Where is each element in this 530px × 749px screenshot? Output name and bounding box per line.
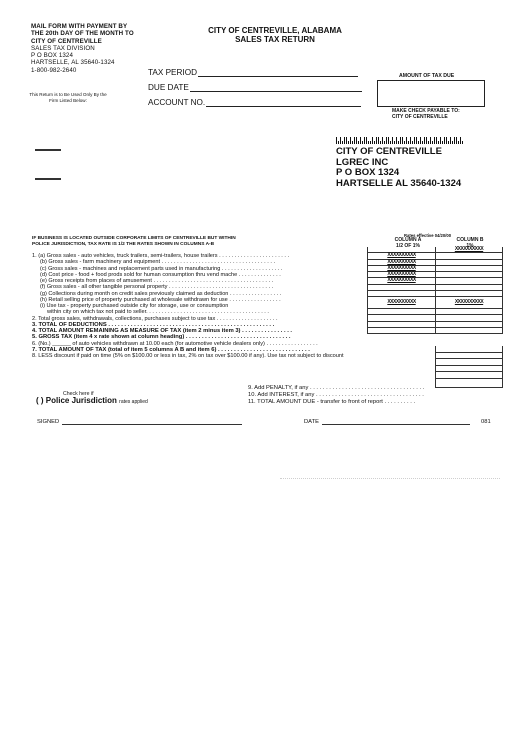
column-a-cell: XXXXXXXXXX: [367, 260, 435, 265]
mailing-instructions: MAIL FORM WITH PAYMENT BY THE 20th DAY O…: [31, 23, 134, 74]
barcode-bar: [340, 137, 341, 144]
due-date-field[interactable]: [190, 83, 362, 92]
column-a-cell[interactable]: [367, 285, 435, 290]
barcode-bar: [400, 137, 401, 144]
column-b-cell[interactable]: [435, 315, 503, 320]
margin-dash: [35, 178, 61, 180]
barcode-bar: [344, 137, 345, 144]
barcode-bar: [430, 137, 431, 144]
barcode-bar: [370, 141, 371, 144]
outside-limits-note: IF BUSINESS IS LOCATED OUTSIDE CORPORATE…: [32, 236, 236, 248]
barcode-bar: [388, 137, 389, 144]
mail-line: CITY OF CENTREVILLE: [31, 38, 134, 45]
barcode-bar: [416, 137, 417, 144]
barcode-bar: [376, 137, 377, 144]
column-b-cell[interactable]: [435, 291, 503, 296]
line-6: 6. (No.) ______ of auto vehicles withdra…: [32, 341, 368, 347]
police-jurisdiction-label: Police Jurisdiction: [46, 396, 117, 405]
barcode-bar: [352, 141, 353, 144]
grid-row: XXXXXXXXXXXXXXXXXXXX: [367, 297, 503, 309]
signed-label: SIGNED: [37, 419, 59, 425]
barcode-bar: [356, 137, 357, 144]
account-no-label: ACCOUNT NO.: [148, 98, 205, 107]
barcode-bar: [396, 137, 397, 144]
line-8: 8. LESS discount if paid on time (5% on …: [32, 353, 368, 359]
barcode-bar: [392, 137, 393, 144]
scan-artifact: [280, 478, 500, 480]
barcode-bar: [366, 137, 367, 144]
form-code: 081: [481, 419, 491, 425]
barcode-bar: [426, 137, 427, 144]
column-b-cell[interactable]: [435, 278, 503, 283]
column-b-cell[interactable]: [435, 309, 503, 314]
account-no-row: ACCOUNT NO.: [148, 98, 361, 107]
barcode-bar: [452, 141, 453, 144]
blocked-cell-marker: XXXXXXXXXX: [387, 260, 415, 265]
police-jurisdiction-checkbox[interactable]: ( ): [36, 396, 44, 405]
barcode-bar: [404, 141, 405, 144]
signature-field[interactable]: [62, 418, 242, 425]
due-date-row: DUE DATE: [148, 83, 362, 92]
amount-due-field[interactable]: [377, 80, 485, 107]
total-line-cell[interactable]: [435, 379, 503, 388]
barcode-bar: [390, 141, 391, 144]
column-b-cell[interactable]: [435, 260, 503, 265]
address-line-4: HARTSELLE AL 35640-1324: [336, 179, 461, 190]
barcode-bar: [462, 141, 463, 144]
line-10: 10. Add INTEREST, if any . . . . . . . .…: [248, 392, 424, 399]
title-line-2: SALES TAX RETURN: [200, 36, 350, 45]
barcode-bar: [456, 137, 457, 144]
column-a-cell: XXXXXXXXXX: [367, 253, 435, 258]
line-11: 11. TOTAL AMOUNT DUE - transfer to front…: [248, 399, 424, 406]
signed-row: SIGNED: [37, 418, 242, 425]
barcode-bar: [458, 141, 459, 144]
barcode-bar: [394, 141, 395, 144]
form-title: CITY OF CENTREVILLE, ALABAMA SALES TAX R…: [200, 27, 350, 45]
tax-period-label: TAX PERIOD: [148, 68, 197, 77]
due-date-label: DUE DATE: [148, 83, 189, 92]
column-a-cell[interactable]: [367, 322, 435, 327]
mail-line: SALES TAX DIVISION: [31, 45, 134, 52]
tax-period-row: TAX PERIOD: [148, 68, 358, 77]
payable-line-2: CITY OF CENTREVILLE: [392, 115, 460, 121]
column-b-cell: XXXXXXXXXX: [435, 247, 503, 252]
column-b-cell[interactable]: [435, 328, 503, 333]
barcode-bar: [364, 137, 365, 144]
date-row: DATE: [304, 418, 470, 425]
blocked-cell-marker: XXXXXXXXXX: [387, 272, 415, 277]
barcode-bar: [384, 141, 385, 144]
barcode-bar: [360, 137, 361, 144]
blocked-cell-marker: XXXXXXXXXX: [387, 266, 415, 271]
column-a-cell[interactable]: [367, 328, 435, 333]
address-line-3: P O BOX 1324: [336, 168, 461, 179]
barcode-bar: [354, 137, 355, 144]
mail-line: MAIL FORM WITH PAYMENT BY: [31, 23, 134, 30]
barcode-bar: [444, 137, 445, 144]
blocked-cell-marker: XXXXXXXXXX: [387, 300, 415, 305]
barcode-bar: [348, 141, 349, 144]
tax-period-field[interactable]: [198, 68, 358, 77]
grid-row: [367, 328, 503, 334]
barcode-bar: [402, 137, 403, 144]
blocked-cell-marker: XXXXXXXXXX: [455, 300, 483, 305]
barcode-bar: [446, 137, 447, 144]
barcode-bar: [414, 137, 415, 144]
barcode-bar: [406, 137, 407, 144]
barcode-bar: [448, 141, 449, 144]
account-no-field[interactable]: [206, 98, 361, 107]
barcode-bar: [438, 141, 439, 144]
column-b-cell[interactable]: [435, 285, 503, 290]
date-label: DATE: [304, 419, 319, 425]
column-a-cell[interactable]: [367, 291, 435, 296]
column-b-cell[interactable]: [435, 266, 503, 271]
barcode-bar: [350, 137, 351, 144]
barcode-bar: [368, 141, 369, 144]
note-line-1: IF BUSINESS IS LOCATED OUTSIDE CORPORATE…: [32, 236, 236, 242]
return-note: This Return is to Be Used Only By the Fi…: [28, 92, 108, 104]
column-b-cell[interactable]: [435, 272, 503, 277]
barcode-bar: [424, 137, 425, 144]
totals-column: [435, 346, 503, 388]
amount-grid: XXXXXXXXXXXXXXXXXXXXXXXXXXXXXXXXXXXXXXXX…: [367, 247, 503, 334]
mail-line: THE 20th DAY OF THE MONTH TO: [31, 30, 134, 37]
column-b-cell[interactable]: [435, 253, 503, 258]
police-rates-suffix: rates applied: [119, 399, 148, 405]
column-b-cell[interactable]: [435, 322, 503, 327]
mail-line: P O BOX 1324: [31, 52, 134, 59]
barcode-bar: [434, 137, 435, 144]
barcode-bar: [432, 141, 433, 144]
blocked-cell-marker: XXXXXXXXXX: [387, 278, 415, 283]
blocked-cell-marker: XXXXXXXXXX: [387, 253, 415, 258]
barcode-bar: [460, 137, 461, 144]
barcode-bar: [362, 141, 363, 144]
blocked-cell-marker: XXXXXXXXXX: [455, 247, 483, 252]
barcode-bar: [418, 141, 419, 144]
amount-due-label: AMOUNT OF TAX DUE: [399, 73, 454, 79]
barcode-bar: [386, 137, 387, 144]
line-items: 1. (a) Gross sales - auto vehicles, truc…: [32, 253, 368, 359]
column-b-cell: XXXXXXXXXX: [435, 297, 503, 308]
barcode-bar: [410, 137, 411, 144]
barcode-bar: [454, 137, 455, 144]
column-a-cell[interactable]: [367, 309, 435, 314]
barcode-bar: [412, 141, 413, 144]
barcode-bar: [336, 137, 337, 144]
barcode-bar: [436, 137, 437, 144]
postal-barcode-icon: [336, 137, 486, 144]
barcode-bar: [378, 137, 379, 144]
barcode-bar: [420, 137, 421, 144]
make-check-payable: MAKE CHECK PAYABLE TO: CITY OF CENTREVIL…: [392, 109, 460, 121]
column-a-cell: XXXXXXXXXX: [367, 297, 435, 308]
barcode-bar: [422, 141, 423, 144]
barcode-bar: [358, 141, 359, 144]
barcode-bar: [450, 137, 451, 144]
mail-line: HARTSELLE, AL 35640-1324: [31, 59, 134, 66]
address-line-1: CITY OF CENTREVILLE: [336, 147, 461, 158]
barcode-bar: [374, 141, 375, 144]
barcode-bar: [428, 141, 429, 144]
barcode-bar: [382, 137, 383, 144]
column-a-cell: XXXXXXXXXX: [367, 278, 435, 283]
column-a-cell[interactable]: [367, 315, 435, 320]
margin-dash: [35, 149, 61, 151]
lines-9-to-11: 9. Add PENALTY, if any . . . . . . . . .…: [248, 385, 424, 406]
barcode-bar: [346, 137, 347, 144]
barcode-bar: [442, 141, 443, 144]
barcode-bar: [338, 141, 339, 144]
mail-line: 1-800-982-2640: [31, 67, 134, 74]
police-jurisdiction-row: ( ) Police Jurisdiction rates applied: [36, 396, 148, 405]
barcode-bar: [398, 141, 399, 144]
barcode-bar: [372, 137, 373, 144]
date-field[interactable]: [322, 418, 470, 425]
barcode-bar: [380, 141, 381, 144]
barcode-bar: [440, 137, 441, 144]
barcode-bar: [408, 141, 409, 144]
note-line-2: POLICE JURISDICTION, TAX RATE IS 1/2 THE…: [32, 242, 236, 248]
barcode-bar: [342, 141, 343, 144]
line-9: 9. Add PENALTY, if any . . . . . . . . .…: [248, 385, 424, 392]
mailing-address: CITY OF CENTREVILLE LGREC INC P O BOX 13…: [336, 147, 461, 189]
